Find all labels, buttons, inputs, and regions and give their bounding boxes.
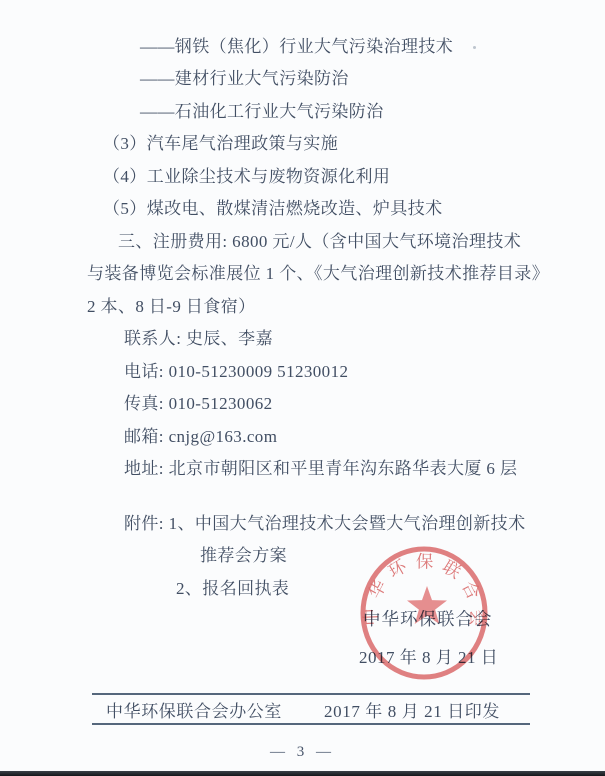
page-number: — 3 —	[0, 744, 605, 761]
section-gap	[87, 483, 525, 505]
body-line: ——石油化工行业大气污染防治	[87, 93, 525, 126]
signature-organization: 中华环保联合会	[363, 606, 493, 631]
body-line: 三、注册费用: 6800 元/人（含中国大气环境治理技术	[87, 223, 525, 256]
body-line: 2 本、8 日-9 日食宿）	[87, 288, 525, 321]
scanned-document-page: ——钢铁（焦化）行业大气污染治理技术 ——建材行业大气污染防治 ——石油化工行业…	[0, 0, 605, 776]
print-date: 2017 年 8 月 21 日印发	[324, 697, 530, 722]
contact-email-line: 邮箱: cnjg@163.com	[87, 418, 525, 451]
signature-date: 2017 年 8 月 21 日	[359, 643, 498, 668]
contact-fax-line: 传真: 010-51230062	[87, 386, 525, 419]
contact-phone-line: 电话: 010-51230009 51230012	[87, 353, 525, 386]
footer-top-rule	[92, 693, 530, 695]
issuing-office: 中华环保联合会办公室	[92, 697, 282, 722]
body-line: ——钢铁（焦化）行业大气污染治理技术	[87, 28, 525, 61]
attachment-line: 推荐会方案	[87, 538, 525, 571]
body-line: （3）汽车尾气治理政策与实施	[87, 126, 525, 159]
contact-address-line: 地址: 北京市朝阳区和平里青年沟东路华表大厦 6 层	[87, 451, 525, 484]
document-body: ——钢铁（焦化）行业大气污染治理技术 ——建材行业大气污染防治 ——石油化工行业…	[87, 28, 525, 603]
colophon: 中华环保联合会办公室 2017 年 8 月 21 日印发	[92, 697, 530, 721]
contact-person-line: 联系人: 史辰、李嘉	[87, 321, 525, 354]
body-line: （5）煤改电、散煤清洁燃烧改造、炉具技术	[87, 191, 525, 224]
attachment-line: 附件: 1、中国大气治理技术大会暨大气治理创新技术	[87, 505, 525, 538]
attachment-line: 2、报名回执表	[87, 570, 525, 603]
scan-bottom-edge	[0, 771, 605, 776]
body-line: ——建材行业大气污染防治	[87, 61, 525, 94]
scan-dot-artifact	[473, 46, 476, 49]
body-line: 与装备博览会标准展位 1 个、《大气治理创新技术推荐目录》	[87, 256, 525, 289]
footer-bottom-rule	[92, 723, 530, 725]
body-line: （4）工业除尘技术与废物资源化利用	[87, 158, 525, 191]
